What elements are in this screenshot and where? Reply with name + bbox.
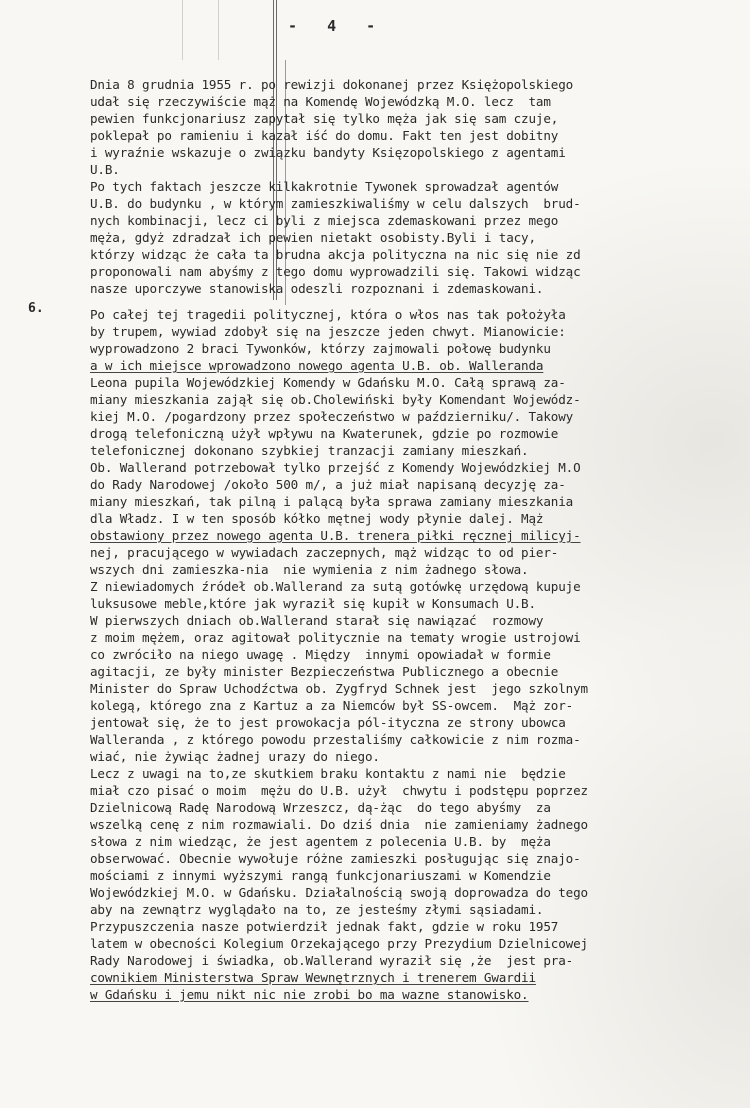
text-line: Walleranda , z którego powodu przestaliś…: [90, 731, 750, 748]
text-line: męża, gdyż zdradzał ich pewien nietakt o…: [90, 229, 750, 246]
text-line: Po tych faktach jeszcze kilkakrotnie Tyw…: [90, 178, 750, 195]
text-line: wszych dni zamieszka-nia nie wymienia z …: [90, 561, 750, 578]
text-line: Leona pupila Wojewódzkiej Komendy w Gdań…: [90, 374, 750, 391]
text-line: co zwróciło na niego uwagę . Między inny…: [90, 646, 750, 663]
text-line: U.B.: [90, 161, 750, 178]
text-line: kiej M.O. /pogardzony przez społeczeństw…: [90, 408, 750, 425]
binding-line: [218, 0, 219, 60]
section-number: 6.: [28, 301, 44, 316]
page-number: - 4 -: [288, 17, 379, 35]
text-line: Wojewódzkiej M.O. w Gdańsku. Działalnośc…: [90, 884, 750, 901]
text-line: luksusowe meble,które jak wyraził się ku…: [90, 595, 750, 612]
text-line: drogą telefoniczną użył wpływu na Kwater…: [90, 425, 750, 442]
binding-line: [182, 0, 183, 60]
text-line: U.B. do budynku , w którym zamieszkiwali…: [90, 195, 750, 212]
text-line: obserwować. Obecnie wywołuje różne zamie…: [90, 850, 750, 867]
text-line: aby na zewnątrz wyglądało na to, ze jest…: [90, 901, 750, 918]
text-line: telefonicznej dokonano szybkiej tranzacj…: [90, 442, 750, 459]
text-line: pewien funkcjonariusz zapytał się tylko …: [90, 110, 750, 127]
text-line: którzy widząc że cała ta brudna akcja po…: [90, 246, 750, 263]
text-line: nych kombinacji, lecz ci byli z miejsca …: [90, 212, 750, 229]
text-line: Po całej tej tragedii politycznej, która…: [90, 306, 750, 323]
text-line: agitacji, ze były minister Bezpieczeństw…: [90, 663, 750, 680]
text-line: W pierwszych dniach ob.Wallerand starał …: [90, 612, 750, 629]
paragraph-section-6: Po całej tej tragedii politycznej, która…: [90, 306, 750, 1003]
text-line: i wyraźnie wskazuje o związku bandyty Ks…: [90, 144, 750, 161]
text-line: mościami z innymi wyższymi rangą funkcjo…: [90, 867, 750, 884]
paragraph: Dnia 8 grudnia 1955 r. po rewizji dokona…: [90, 76, 750, 297]
text-line: Dnia 8 grudnia 1955 r. po rewizji dokona…: [90, 76, 750, 93]
text-line: latem w obecności Kolegium Orzekającego …: [90, 935, 750, 952]
text-line: miany mieszkań, tak pilną i palącą była …: [90, 493, 750, 510]
typewritten-page: - 4 - 6. Dnia 8 grudnia 1955 r. po rewiz…: [0, 0, 750, 1108]
text-line: Lecz z uwagi na to,ze skutkiem braku kon…: [90, 765, 750, 782]
text-line: Z niewiadomych źródeł ob.Wallerand za su…: [90, 578, 750, 595]
text-line: wiać, nie żywiąc żadnej urazy do niego.: [90, 748, 750, 765]
text-line: udał się rzeczywiście mąż na Komendę Woj…: [90, 93, 750, 110]
underlined-text-line: cownikiem Ministerstwa Spraw Wewnętrznyc…: [90, 969, 750, 986]
text-line: z moim mężem, oraz agitował politycznie …: [90, 629, 750, 646]
text-line: Minister do Spraw Uchodźctwa ob. Zygfryd…: [90, 680, 750, 697]
underlined-text-line: w Gdańsku i jemu nikt nic nie zrobi bo m…: [90, 986, 750, 1003]
text-line: Ob. Wallerand potrzebował tylko przejść …: [90, 459, 750, 476]
text-line: dla Władz. I w ten sposób kółko mętnej w…: [90, 510, 750, 527]
text-line: poklepał po ramieniu i kazał iść do domu…: [90, 127, 750, 144]
underlined-text-line: obstawiony przez nowego agenta U.B. tren…: [90, 527, 750, 544]
underlined-text-line: a w ich miejsce wprowadzono nowego agent…: [90, 357, 750, 374]
text-line: wyprowadzono 2 braci Tywonków, którzy za…: [90, 340, 750, 357]
text-line: proponowali nam abyśmy z tego domu wypro…: [90, 263, 750, 280]
text-line: do Rady Narodowej /około 500 m/, a już m…: [90, 476, 750, 493]
text-line: miał czo pisać o moim mężu do U.B. użył …: [90, 782, 750, 799]
text-line: jentował się, że to jest prowokacja pól-…: [90, 714, 750, 731]
text-line: Przypuszczenia nasze potwierdził jednak …: [90, 918, 750, 935]
text-line: nej, pracującego w wywiadach zaczepnych,…: [90, 544, 750, 561]
text-line: Dzielnicową Radę Narodową Wrzeszcz, dą-ż…: [90, 799, 750, 816]
text-line: kolegą, którego zna z Kartuz a za Niemcó…: [90, 697, 750, 714]
text-line: Rady Narodowej i świadka, ob.Wallerand w…: [90, 952, 750, 969]
text-line: wszelką cenę z nim rozmawiali. Do dziś d…: [90, 816, 750, 833]
text-line: słowa z nim wiedząc, że jest agentem z p…: [90, 833, 750, 850]
text-line: by trupem, wywiad zdobył się na jeszcze …: [90, 323, 750, 340]
document-body: Dnia 8 grudnia 1955 r. po rewizji dokona…: [90, 76, 750, 1003]
text-line: nasze uporczywe stanowiska odeszli rozpo…: [90, 280, 750, 297]
text-line: miany mieszkania zajął się ob.Cholewińsk…: [90, 391, 750, 408]
